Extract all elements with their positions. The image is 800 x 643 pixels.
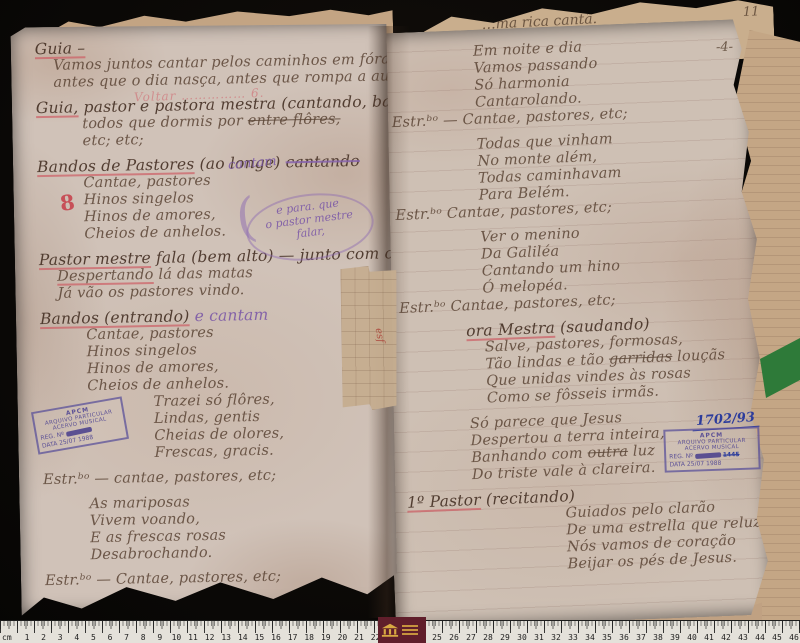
archive-stamp-right: APCM ARQUIVO PARTICULAR ACERVO MUSICAL R… (663, 426, 760, 472)
ruler-number: 17 (288, 633, 298, 642)
manuscript-line: Frescas, gracis. (154, 440, 394, 462)
ruler-number: 46 (789, 633, 799, 642)
stamp-reg-label: REG. Nº (669, 453, 693, 461)
ruler-number: 20 (338, 633, 348, 642)
ruler-number: 30 (517, 633, 527, 642)
ruler-number: 34 (585, 633, 595, 642)
ruler-number: 39 (670, 633, 680, 642)
ruler-number: 29 (500, 633, 510, 642)
ruler-number: 2 (41, 633, 46, 642)
ruler-number: 28 (483, 633, 493, 642)
right-page: Em noite e diaVamos passandoSó harmoniaC… (372, 19, 774, 630)
stanza: Todas que vinhamNo monte além,Todas cami… (458, 126, 757, 223)
page-number: -4- (716, 40, 734, 56)
ruler-number: 40 (687, 633, 697, 642)
ruler-unit-label: cm (2, 633, 12, 642)
ruler-number: 3 (58, 633, 63, 642)
ruler-number: 25 (432, 633, 442, 642)
right-page-text: Em noite e diaVamos passandoSó harmoniaC… (372, 19, 772, 589)
ruler-number: 18 (304, 633, 314, 642)
stamp-date-value: 25/07 1988 (687, 460, 722, 468)
ruler-number: 6 (108, 633, 113, 642)
ruler-number: 1 (25, 633, 30, 642)
ruler-number: 27 (466, 633, 476, 642)
ruler-number: 45 (772, 633, 782, 642)
ruler-number: 43 (738, 633, 748, 642)
ruler-number: 13 (221, 633, 231, 642)
ruler-number: 32 (551, 633, 561, 642)
ruler-number: 7 (124, 633, 129, 642)
manuscript-line: Estr.ᵇᵒ — Cantae, pastores, etc; (45, 566, 397, 590)
ruler-number: 35 (602, 633, 612, 642)
repair-tape (340, 266, 397, 410)
previous-page-number: 11 (743, 4, 760, 20)
ruler-number: 4 (74, 633, 79, 642)
stanza: Guia, pastor e pastora mestra (cantando,… (36, 93, 389, 151)
stanza: Guia –Vamos juntos cantar pelos caminhos… (35, 34, 388, 92)
ruler-number: 26 (449, 633, 459, 642)
stamp-reg-value: 1445 (723, 451, 740, 459)
ruler-number: 33 (568, 633, 578, 642)
stanza: ora Mestra (saudando)Salve, pastores, fo… (466, 311, 765, 408)
left-page: Guia –Vamos juntos cantar pelos caminhos… (10, 20, 397, 615)
scribble-mark (695, 452, 721, 459)
left-page-text: Guia –Vamos juntos cantar pelos caminhos… (10, 20, 397, 598)
logo-text-lines (402, 625, 418, 635)
ruler-number: 5 (91, 633, 96, 642)
stanza: Ver o meninoDa GaliléaCantando um hinoÓ … (462, 218, 761, 315)
ruler-number: 12 (205, 633, 215, 642)
stanza: Em noite e diaVamos passandoSó harmoniaC… (455, 33, 754, 130)
ruler-number: 44 (755, 633, 765, 642)
ruler-number: 9 (157, 633, 162, 642)
ruler-number: 36 (619, 633, 629, 642)
ruler-number: 15 (255, 633, 265, 642)
stanza: Estr.ᵇᵒ — Cantae, pastores, etc; (45, 566, 397, 590)
stamp-date-label: DATA (669, 461, 685, 469)
ruler-number: 11 (188, 633, 198, 642)
ruler-number: 41 (704, 633, 714, 642)
manuscript-photo: …ma rica cantã. 11 Em noite e diaVamos p… (0, 0, 800, 643)
ruler-number: 8 (141, 633, 146, 642)
ruler-number: 42 (721, 633, 731, 642)
ruler-number: 38 (653, 633, 663, 642)
ruler-number: 16 (271, 633, 281, 642)
building-icon (381, 622, 399, 638)
ruler-number: 21 (354, 633, 364, 642)
stamp-date-label: DATA (41, 440, 57, 450)
stanza: As mariposasVivem voando,E as frescas ro… (43, 490, 396, 565)
ruler-number: 10 (172, 633, 182, 642)
archive-logo-patch (378, 617, 426, 643)
ruler-number: 31 (534, 633, 544, 642)
ruler-number: 37 (636, 633, 646, 642)
ruler-number: 14 (238, 633, 248, 642)
manuscript-line: Estr.ᵇᵒ — cantae, pastores, etc; (43, 465, 395, 489)
ruler-number: 19 (321, 633, 331, 642)
stanza: 1º Pastor (recitando)Guiados pelo clarão… (473, 480, 772, 577)
measuring-ruler: cm 1234567891011121314151617181920212225… (0, 620, 800, 643)
tape-red-mark: esf (373, 327, 386, 343)
stanza: Estr.ᵇᵒ — cantae, pastores, etc; (43, 465, 395, 489)
